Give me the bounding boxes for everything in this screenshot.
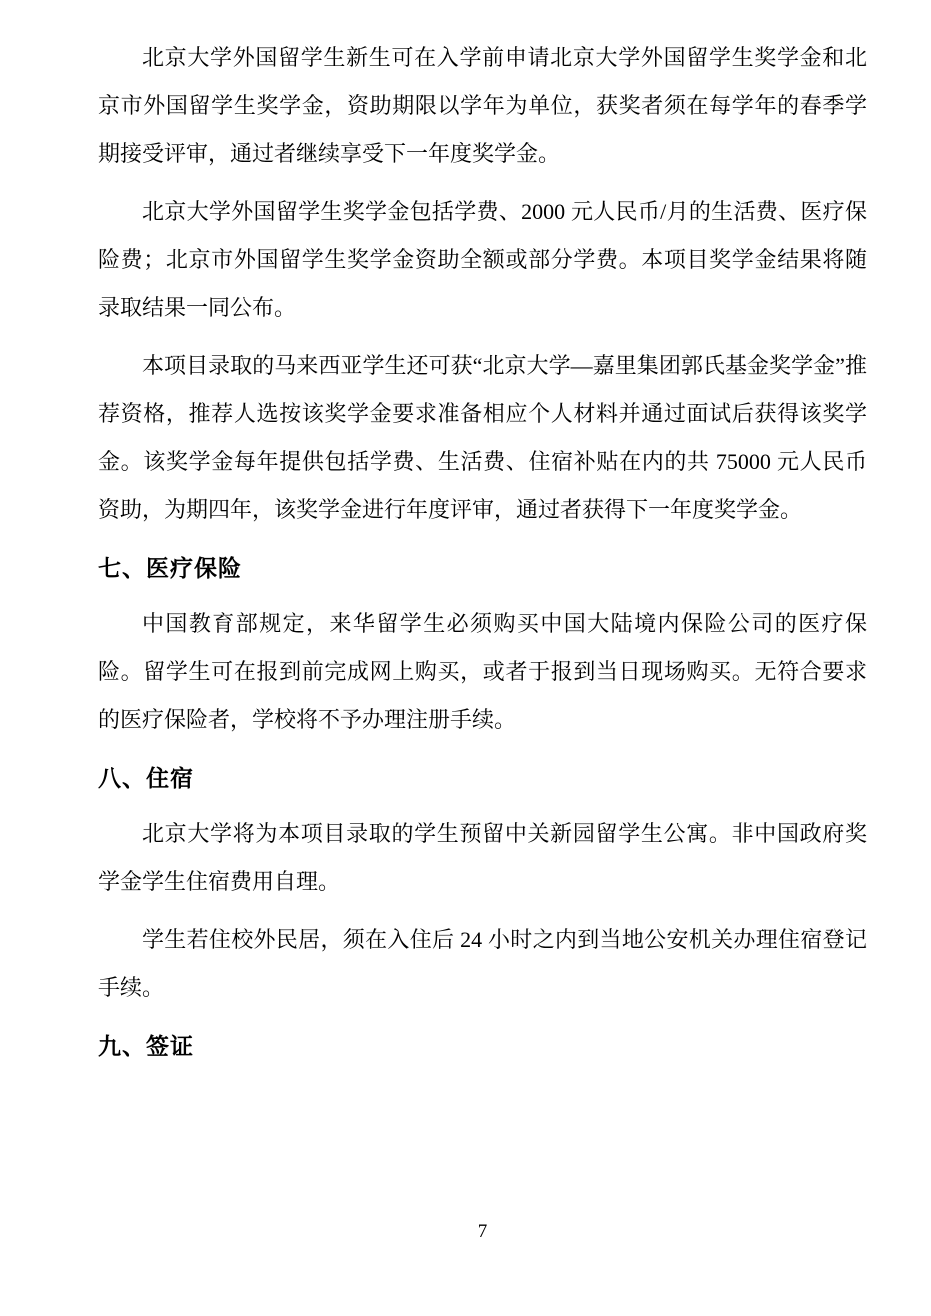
paragraph-pku-scholarship-intro: 北京大学外国留学生新生可在入学前申请北京大学外国留学生奖学金和北京市外国留学生奖… — [98, 34, 867, 178]
paragraph-scholarship-coverage: 北京大学外国留学生奖学金包括学费、2000 元人民币/月的生活费、医疗保险费；北… — [98, 188, 867, 332]
heading-visa: 九、签证 — [98, 1022, 867, 1070]
document-content: 北京大学外国留学生新生可在入学前申请北京大学外国留学生奖学金和北京市外国留学生奖… — [98, 34, 867, 1078]
paragraph-kerry-kuok-scholarship: 本项目录取的马来西亚学生还可获“北京大学—嘉里集团郭氏基金奖学金”推荐资格，推荐… — [98, 342, 867, 534]
paragraph-medical-insurance: 中国教育部规定，来华留学生必须购买中国大陆境内保险公司的医疗保险。留学生可在报到… — [98, 600, 867, 744]
heading-accommodation: 八、住宿 — [98, 754, 867, 802]
page-number: 7 — [98, 1220, 867, 1244]
heading-medical-insurance: 七、医疗保险 — [98, 544, 867, 592]
paragraph-off-campus-registration: 学生若住校外民居，须在入住后 24 小时之内到当地公安机关办理住宿登记手续。 — [98, 916, 867, 1012]
paragraph-accommodation: 北京大学将为本项目录取的学生预留中关新园留学生公寓。非中国政府奖学金学生住宿费用… — [98, 810, 867, 906]
document-page: 北京大学外国留学生新生可在入学前申请北京大学外国留学生奖学金和北京市外国留学生奖… — [0, 0, 931, 1316]
